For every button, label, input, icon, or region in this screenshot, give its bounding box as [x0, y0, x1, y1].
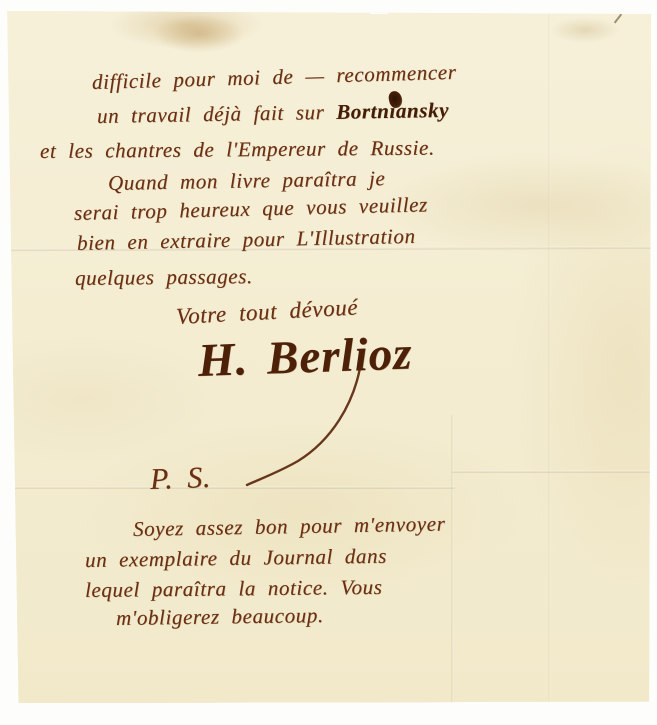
corner-tear-mark [614, 14, 622, 24]
body-line-2-name: Bortniansky [336, 98, 449, 124]
postscript-label: P. S. [149, 461, 211, 497]
postscript-line-4: m'obligerez beaucoup. [116, 603, 324, 631]
body-line-3: et les chantres de l'Empereur de Russie. [40, 136, 435, 164]
body-line-4: Quand mon livre paraîtra je [108, 166, 386, 196]
body-line-2-text: un travail déjà fait sur [97, 100, 337, 128]
postscript-line-2: un exemplaire du Journal dans [85, 544, 387, 573]
fold-crease-vertical [451, 415, 454, 703]
foxing-stain-top-right [550, 17, 620, 43]
fold-crease-horizontal-lower-right [452, 470, 652, 473]
fold-crease-vertical-faint [548, 11, 551, 703]
torn-top-edge [5, 11, 652, 15]
edge-speck [5, 463, 7, 469]
top-edge-notch [370, 11, 388, 14]
postscript-line-3: lequel paraîtra la notice. Vous [85, 575, 383, 603]
edge-speck [5, 267, 8, 275]
foxing-stain-top-left [153, 15, 245, 53]
signature: H. Berlioz [197, 327, 413, 388]
body-line-7: quelques passages. [75, 264, 253, 291]
letter-scan: difficile pour moi de — recommencer un t… [0, 0, 657, 725]
fold-crease-horizontal-lower-left [5, 486, 455, 489]
